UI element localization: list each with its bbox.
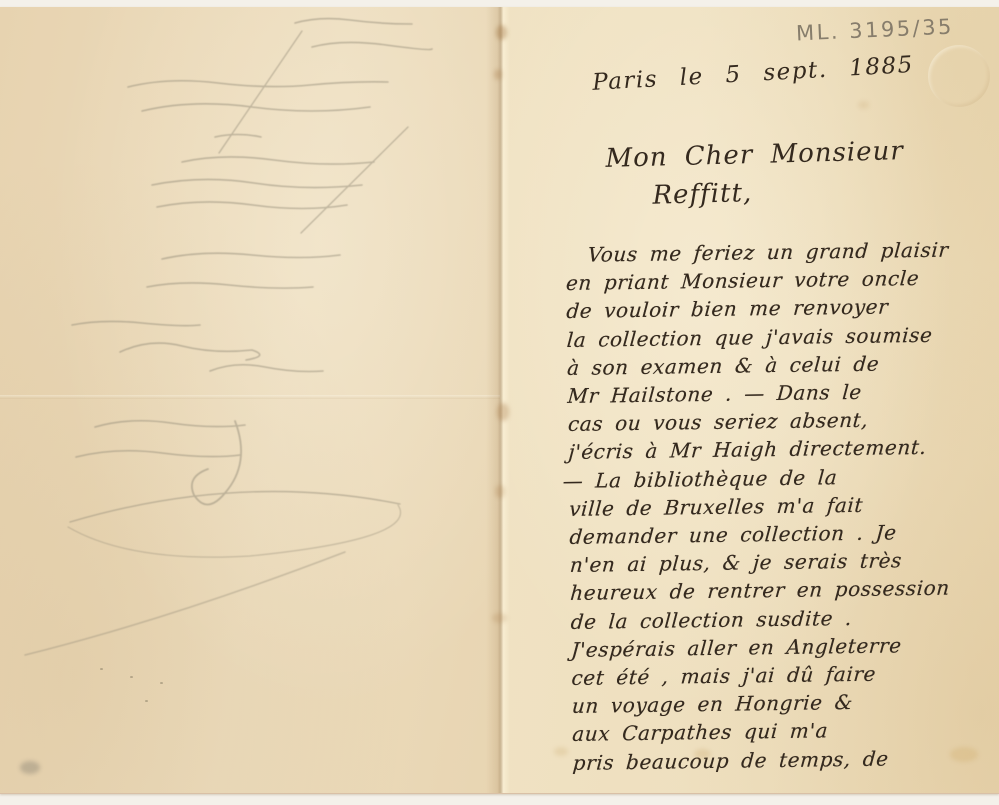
fold-stain [492,613,507,623]
letter-page-left [0,7,500,793]
foxing-spot [858,101,869,109]
smudge-stain [20,761,40,774]
fold-stain [497,403,509,421]
fold-stain [495,485,505,498]
letter-body: Vous me feriez un grand plaisir en prian… [564,235,991,777]
salutation: Mon Cher Monsieur Reffitt, [605,136,905,212]
ink-bleedthrough-strokes [0,7,500,793]
fold-stain [494,69,502,80]
paper-speck [145,700,148,702]
letter-page-right: ML. 3195/35 Paris le 5 sept. 1885 Mon Ch… [500,7,999,793]
letter-line: pris beaucoup de temps, de [572,743,994,777]
fold-stain [496,25,507,40]
salutation-line: Mon Cher Monsieur [605,136,904,174]
center-fold-crease [486,7,516,793]
paper-speck [130,676,133,678]
scan-background: ML. 3195/35 Paris le 5 sept. 1885 Mon Ch… [0,0,999,805]
catalog-mark: ML. 3195/35 [796,15,955,46]
foxing-spot [950,747,978,762]
salutation-name: Reffitt, [652,174,905,211]
foxing-spot [694,749,711,759]
letter-paper: ML. 3195/35 Paris le 5 sept. 1885 Mon Ch… [0,7,999,794]
paper-speck [100,668,103,670]
dateline: Paris le 5 sept. 1885 [592,48,983,96]
horizontal-fold-crease [0,395,500,399]
paper-speck [160,682,163,684]
foxing-spot [554,747,568,756]
